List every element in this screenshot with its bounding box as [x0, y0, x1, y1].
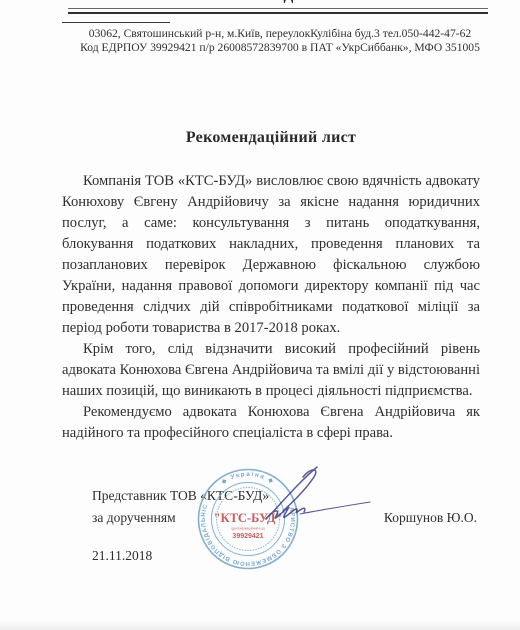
scanned-letter-page: «КТС-БУД» 03062, Святошинський р-н, м.Ки…	[0, 0, 520, 630]
signer-name: Коршунов Ю.О.	[384, 510, 477, 526]
letter-date: 21.11.2018	[92, 548, 152, 564]
header-short-rule	[62, 22, 170, 23]
representative-line-2: за дорученням	[92, 510, 176, 526]
stamp-id-code: 39929421	[232, 533, 263, 540]
paragraph-1: Компанія ТОВ «КТС-БУД» висловлює свою вд…	[62, 171, 480, 339]
header-address-block: 03062, Святошинський р-н, м.Київ, переул…	[80, 27, 480, 55]
letter-body: Компанія ТОВ «КТС-БУД» висловлює свою вд…	[62, 171, 480, 444]
paragraph-2: Крім того, слід відзначити високий профе…	[62, 339, 480, 402]
bottom-scan-shade	[0, 620, 520, 630]
address-line-2: Код ЕДРПОУ 39929421 п/р 26008572839700 в…	[80, 41, 480, 55]
letter-title: Рекомендаційний лист	[62, 129, 480, 147]
company-name-partial: «КТС-БУД»	[36, 0, 484, 7]
paragraph-3: Рекомендуємо адвоката Конюхова Євгена Ан…	[62, 402, 480, 444]
header-double-rule	[68, 8, 488, 14]
handwritten-signature	[250, 455, 385, 530]
address-line-1: 03062, Святошинський р-н, м.Київ, переул…	[80, 27, 480, 41]
